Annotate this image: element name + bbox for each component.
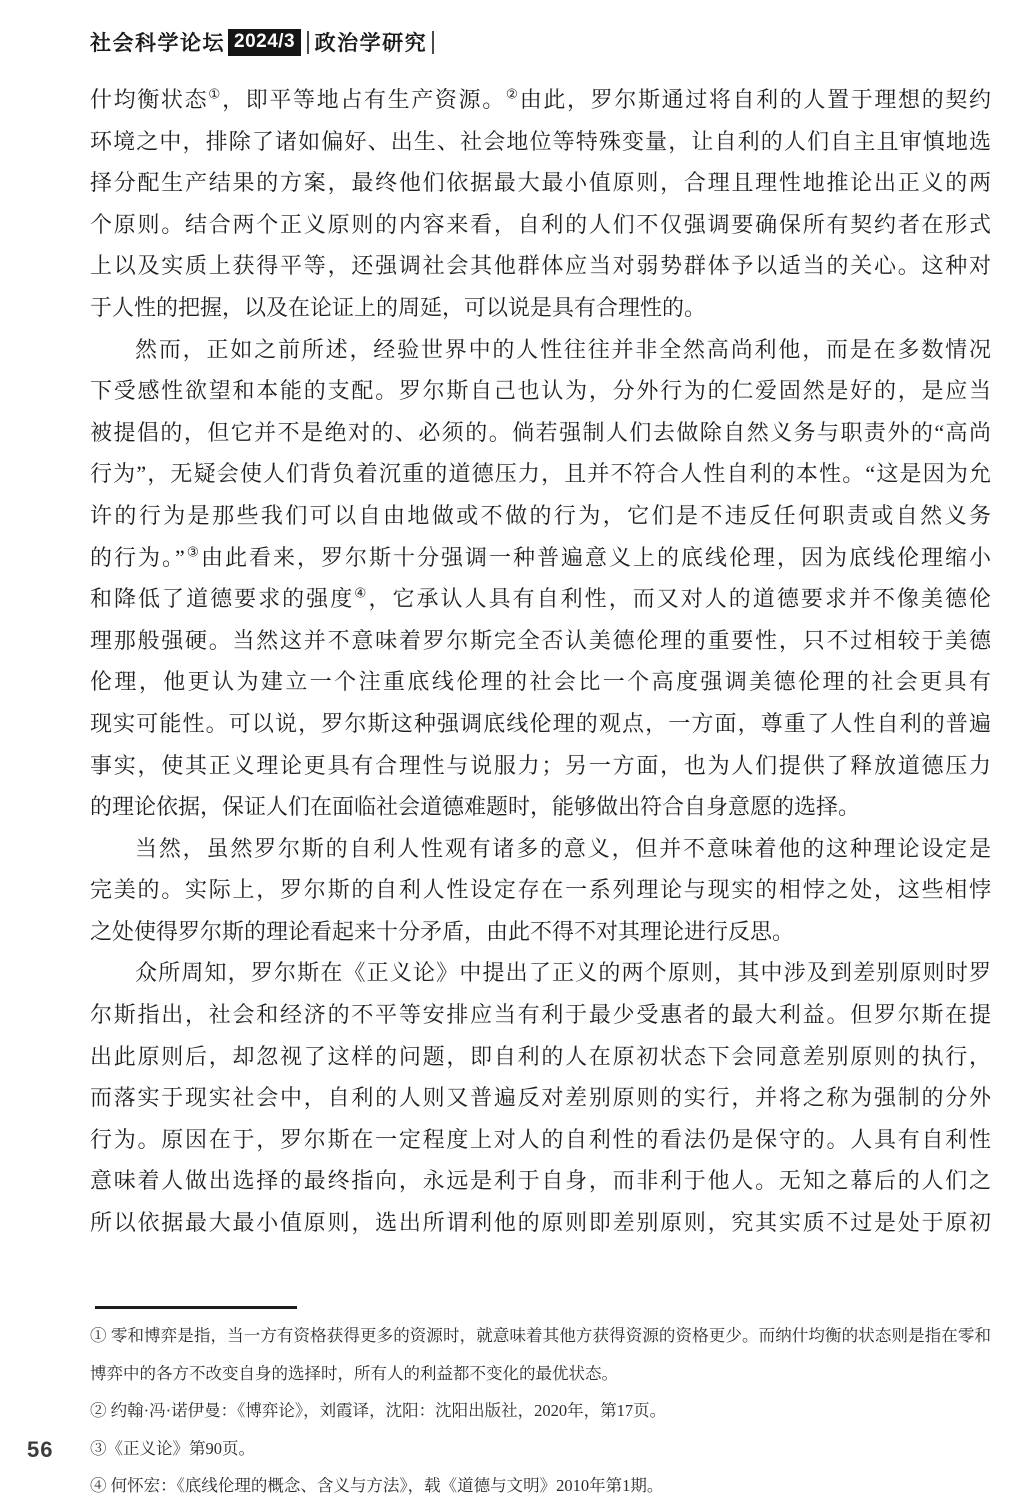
text-line: 于人性的把握，以及在论证上的周延，可以说是具有合理性的。 xyxy=(90,287,991,329)
text-line: 当然，虽然罗尔斯的自利人性观有诸多的意义，但并不意味着他的这种理论设定是 xyxy=(90,828,991,870)
header-divider xyxy=(432,31,434,54)
footnote-line: ③《正义论》第90页。 xyxy=(90,1430,991,1468)
footnote-separator xyxy=(95,1306,297,1309)
text-line: 上以及实质上获得平等，还强调社会其他群体应当对弱势群体予以适当的关心。这种对 xyxy=(90,245,991,287)
text-line: 下受感性欲望和本能的支配。罗尔斯自己也认为，分外行为的仁爱固然是好的，是应当 xyxy=(90,370,991,412)
page-header: 社会科学论坛 2024/3 政治学研究 xyxy=(90,26,440,58)
text-line: 个原则。结合两个正义原则的内容来看，自利的人们不仅强调要确保所有契约者在形式 xyxy=(90,204,991,246)
footnote-line: ① 零和博弈是指，当一方有资格获得更多的资源时，就意味着其他方获得资源的资格更少… xyxy=(90,1317,991,1355)
text-line: 事实，使其正义理论更具有合理性与说服力；另一方面，也为人们提供了释放道德压力 xyxy=(90,745,991,787)
text-line: 什均衡状态①，即平等地占有生产资源。②由此，罗尔斯通过将自利的人置于理想的契约 xyxy=(90,79,991,121)
header-divider xyxy=(307,31,309,54)
text-line: 现实可能性。可以说，罗尔斯这种强调底线伦理的观点，一方面，尊重了人性自利的普遍 xyxy=(90,703,991,745)
text-line: 所以依据最大最小值原则，选出所谓利他的原则即差别原则，究其实质不过是处于原初 xyxy=(90,1202,991,1244)
journal-page: 社会科学论坛 2024/3 政治学研究 什均衡状态①，即平等地占有生产资源。②由… xyxy=(0,0,1024,1502)
paragraph: 当然，虽然罗尔斯的自利人性观有诸多的意义，但并不意味着他的这种理论设定是 完美的… xyxy=(90,828,991,953)
footnote-line: 博弈中的各方不改变自身的选择时，所有人的利益都不变化的最优状态。 xyxy=(90,1355,991,1393)
text-line: 行为。原因在于，罗尔斯在一定程度上对人的自利性的看法仍是保守的。人具有自利性 xyxy=(90,1119,991,1161)
text-line: 被提倡的，但它并不是绝对的、必须的。倘若强制人们去做除自然义务与职责外的“高尚 xyxy=(90,412,991,454)
paragraph: 众所周知，罗尔斯在《正义论》中提出了正义的两个原则，其中涉及到差别原则时罗 尔斯… xyxy=(90,952,991,1243)
text-line: 完美的。实际上，罗尔斯的自利人性设定存在一系列理论与现实的相悖之处，这些相悖 xyxy=(90,869,991,911)
footnotes: ① 零和博弈是指，当一方有资格获得更多的资源时，就意味着其他方获得资源的资格更少… xyxy=(90,1317,991,1502)
page-number: 56 xyxy=(27,1437,53,1463)
text-line: 和降低了道德要求的强度④，它承认人具有自利性，而又对人的道德要求并不像美德伦 xyxy=(90,578,991,620)
text-line: 理那般强硬。当然这并不意味着罗尔斯完全否认美德伦理的重要性，只不过相较于美德 xyxy=(90,620,991,662)
text-line: 而落实于现实社会中，自利的人则又普遍反对差别原则的实行，并将之称为强制的分外 xyxy=(90,1077,991,1119)
text-line: 的行为。”③由此看来，罗尔斯十分强调一种普遍意义上的底线伦理，因为底线伦理缩小 xyxy=(90,537,991,579)
text-line: 出此原则后，却忽视了这样的问题，即自利的人在原初状态下会同意差别原则的执行， xyxy=(90,1036,991,1078)
text-line: 伦理，他更认为建立一个注重底线伦理的社会比一个高度强调美德伦理的社会更具有 xyxy=(90,661,991,703)
text-line: 之处使得罗尔斯的理论看起来十分矛盾，由此不得不对其理论进行反思。 xyxy=(90,911,991,953)
text-line: 环境之中，排除了诸如偏好、出生、社会地位等特殊变量，让自利的人们自主且审慎地选 xyxy=(90,121,991,163)
text-line: 择分配生产结果的方案，最终他们依据最大最小值原则，合理且理性地推论出正义的两 xyxy=(90,162,991,204)
text-line: 许的行为是那些我们可以自由地做或不做的行为，它们是不违反任何职责或自然义务 xyxy=(90,495,991,537)
paragraph: 然而，正如之前所述，经验世界中的人性往往并非全然高尚利他，而是在多数情况 下受感… xyxy=(90,329,991,828)
text-line: 意味着人做出选择的最终指向，永远是利于自身，而非利于他人。无知之幕后的人们之 xyxy=(90,1160,991,1202)
section-name: 政治学研究 xyxy=(315,27,428,57)
issue-badge: 2024/3 xyxy=(228,29,301,56)
text-line: 众所周知，罗尔斯在《正义论》中提出了正义的两个原则，其中涉及到差别原则时罗 xyxy=(90,952,991,994)
article-body: 什均衡状态①，即平等地占有生产资源。②由此，罗尔斯通过将自利的人置于理想的契约 … xyxy=(90,79,991,1244)
paragraph: 什均衡状态①，即平等地占有生产资源。②由此，罗尔斯通过将自利的人置于理想的契约 … xyxy=(90,79,991,329)
text-line: 尔斯指出，社会和经济的不平等安排应当有利于最少受惠者的最大利益。但罗尔斯在提 xyxy=(90,994,991,1036)
text-line: 行为”，无疑会使人们背负着沉重的道德压力，且并不符合人性自利的本性。“这是因为允 xyxy=(90,453,991,495)
footnote-line: ② 约翰·冯·诺伊曼：《博弈论》，刘霞译，沈阳：沈阳出版社，2020年，第17页… xyxy=(90,1392,991,1430)
text-line: 然而，正如之前所述，经验世界中的人性往往并非全然高尚利他，而是在多数情况 xyxy=(90,329,991,371)
text-line: 的理论依据，保证人们在面临社会道德难题时，能够做出符合自身意愿的选择。 xyxy=(90,786,991,828)
journal-name: 社会科学论坛 xyxy=(90,27,225,57)
footnote-line: ④ 何怀宏：《底线伦理的概念、含义与方法》，载《道德与文明》2010年第1期。 xyxy=(90,1467,991,1502)
